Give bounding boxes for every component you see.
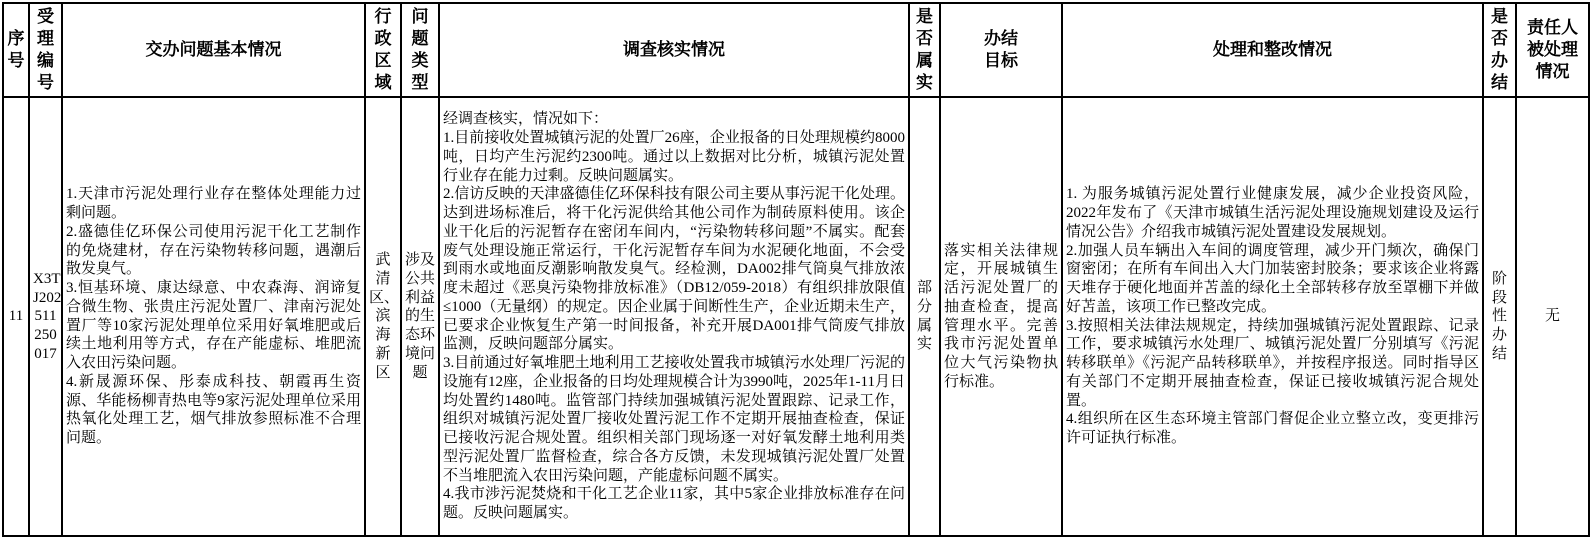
header-is-true: 是 否 属 实 [909, 3, 940, 97]
cell-responsible-handled: 无 [1516, 97, 1589, 536]
cell-acceptance-no: X3T J202 511 250 017 [29, 97, 62, 536]
header-serial-no: 序号 [3, 3, 29, 97]
cell-region: 武清区、滨海新区 [365, 97, 401, 536]
table-row: 11 X3T J202 511 250 017 1.天津市污泥处理行业存在整体处… [3, 97, 1589, 536]
cell-investigation: 经调查核实，情况如下： 1.目前接收处置城镇污泥的处置厂26座，企业报备的日处理… [439, 97, 909, 536]
cell-handling: 1. 为服务城镇污泥处置行业健康发展，减少企业投资风险，2022年发布了《天津市… [1062, 97, 1483, 536]
header-acceptance-no: 受 理 编 号 [29, 3, 62, 97]
header-problem-type: 问题 类型 [401, 3, 439, 97]
cell-is-closed: 阶段性办结 [1483, 97, 1516, 536]
cell-serial-no: 11 [3, 97, 29, 536]
cell-goal: 落实相关法律规定，开展城镇生活污泥处置厂的抽查检查，提高管理水平。完善我市污泥处… [940, 97, 1062, 536]
header-problem-basic: 交办问题基本情况 [62, 3, 365, 97]
header-is-closed: 是 否 办 结 [1483, 3, 1516, 97]
header-region: 行 政 区 域 [365, 3, 401, 97]
table-header-row: 序号 受 理 编 号 交办问题基本情况 行 政 区 域 问题 类型 调查核实情况… [3, 3, 1589, 97]
cell-problem-type: 涉及公共利益的生态环境问题 [401, 97, 439, 536]
header-investigation: 调查核实情况 [439, 3, 909, 97]
document-page: 序号 受 理 编 号 交办问题基本情况 行 政 区 域 问题 类型 调查核实情况… [0, 0, 1590, 539]
header-responsible-handled: 责任人 被处理 情况 [1516, 3, 1589, 97]
header-goal: 办结 目标 [940, 3, 1062, 97]
header-handling: 处理和整改情况 [1062, 3, 1483, 97]
case-table: 序号 受 理 编 号 交办问题基本情况 行 政 区 域 问题 类型 调查核实情况… [2, 2, 1590, 537]
cell-problem-basic: 1.天津市污泥处理行业存在整体处理能力过剩问题。 2.盛德佳亿环保公司使用污泥干… [62, 97, 365, 536]
cell-is-true: 部分属实 [909, 97, 940, 536]
